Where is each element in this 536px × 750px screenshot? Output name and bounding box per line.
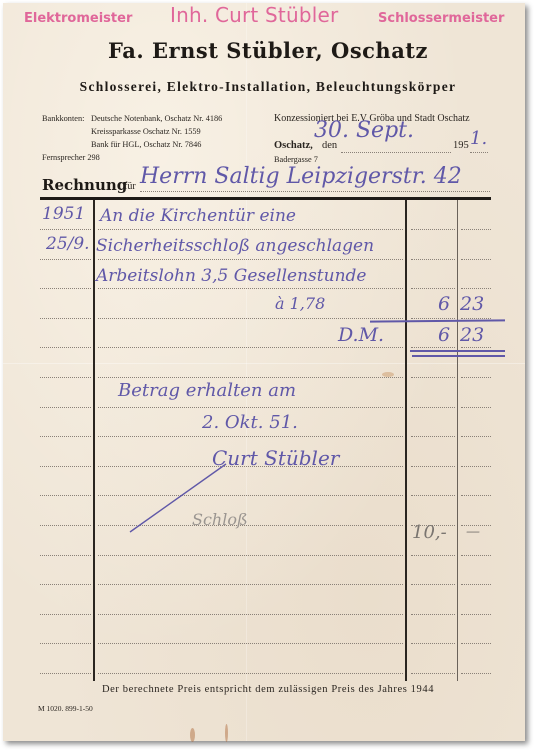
pencil-dash: — (466, 524, 480, 540)
ruled-row-line (98, 377, 403, 378)
entry-year: 1951 (42, 204, 85, 224)
ruled-row-line (98, 584, 403, 585)
bank-line-1: Deutsche Notenbank, Oschatz Nr. 4186 (91, 114, 222, 123)
handwritten-date: 30. Sept. (314, 118, 414, 143)
ruled-row-line (98, 555, 403, 556)
for-label: für (124, 181, 136, 192)
line-amount-pf: 23 (460, 293, 484, 315)
ruled-row-line (461, 495, 491, 496)
total-currency: D.M. (338, 324, 384, 346)
rust-stain (190, 728, 195, 742)
ruled-row-line (98, 407, 403, 408)
fold-crease-vertical (246, 3, 247, 741)
ruled-row-line (461, 614, 491, 615)
total-underline-1 (410, 350, 505, 352)
street-address: Badergasse 7 (274, 155, 318, 164)
ruled-row-line (98, 318, 403, 319)
price-note: Der berechnete Preis entspricht dem zulä… (0, 684, 536, 695)
ruled-row-line (411, 318, 455, 319)
amount-column-divider (405, 200, 407, 681)
handwritten-year: 1. (470, 128, 487, 149)
line-amount-marks: 6 (438, 293, 450, 315)
ruled-row-line (98, 643, 403, 644)
ruled-row-line (411, 614, 455, 615)
ruled-row-line (461, 643, 491, 644)
ruled-row-line (40, 584, 91, 585)
ruled-row-line (40, 407, 91, 408)
stamp-schlossermeister: Schlossermeister (378, 11, 504, 26)
bank-label: Bankkonten: (42, 114, 84, 123)
ruled-row-line (461, 288, 491, 289)
receipt-line-1: Betrag erhalten am (118, 380, 296, 401)
ruled-row-line (98, 614, 403, 615)
description-line-4: à 1,78 (275, 294, 325, 313)
ruled-row-line (461, 555, 491, 556)
receipt-line-2: 2. Okt. 51. (202, 412, 298, 433)
ruled-row-line (98, 673, 403, 674)
ruled-row-line (461, 377, 491, 378)
cents-column-divider (457, 200, 458, 681)
ruled-row-line (40, 555, 91, 556)
city-label: Oschatz, (274, 140, 313, 151)
ruled-row-line (98, 436, 403, 437)
ruled-row-line (461, 259, 491, 260)
ruled-row-line (40, 288, 91, 289)
pencil-amount: 10,- (412, 522, 447, 543)
bank-line-2: Kreissparkasse Oschatz Nr. 1559 (91, 127, 201, 136)
total-marks: 6 (438, 324, 450, 346)
signature: Curt Stübler (212, 446, 339, 470)
ruled-row-line (411, 259, 455, 260)
stamp-elektromeister: Elektromeister (24, 11, 132, 26)
ruled-row-line (40, 525, 91, 526)
entry-date: 25/9. (46, 234, 90, 254)
ruled-row-line (411, 229, 455, 230)
firm-name: Fa. Ernst Stübler, Oschatz (0, 38, 536, 63)
ruled-row-line (40, 229, 91, 230)
ruled-row-line (411, 555, 455, 556)
ruled-row-line (40, 318, 91, 319)
description-line-2: Sicherheitsschloß angeschlagen (96, 236, 374, 256)
stamp-owner: Inh. Curt Stübler (170, 3, 338, 27)
handwritten-recipient: Herrn Saltig Leipzigerstr. 42 (140, 164, 462, 189)
recipient-dotline (140, 191, 490, 192)
ruled-row-line (40, 466, 91, 467)
invoice-title: Rechnung (42, 176, 127, 194)
rust-stain (382, 372, 394, 377)
ruled-row-line (411, 643, 455, 644)
ruled-row-line (461, 466, 491, 467)
fold-crease-horizontal (3, 363, 525, 364)
ruled-row-line (461, 673, 491, 674)
total-underline-2 (412, 355, 505, 357)
total-pf: 23 (460, 324, 484, 346)
year-dotline (470, 152, 488, 153)
table-header-rule (40, 197, 491, 200)
ruled-row-line (411, 347, 455, 348)
ruled-row-line (40, 673, 91, 674)
ruled-row-line (411, 495, 455, 496)
ruled-row-line (98, 229, 403, 230)
pencil-note: Schloß (192, 510, 248, 529)
description-line-3: Arbeitslohn 3,5 Gesellenstunde (96, 266, 366, 286)
ruled-row-line (40, 495, 91, 496)
ruled-row-line (411, 377, 455, 378)
ruled-row-line (40, 614, 91, 615)
ruled-row-line (40, 643, 91, 644)
ruled-row-line (40, 347, 91, 348)
ruled-row-line (461, 347, 491, 348)
ruled-row-line (411, 466, 455, 467)
year-prefix: 195 (453, 140, 469, 151)
ruled-row-line (98, 347, 403, 348)
ruled-row-line (40, 377, 91, 378)
ruled-row-line (461, 407, 491, 408)
ruled-row-line (461, 436, 491, 437)
description-line-1: An die Kirchentür eine (100, 206, 296, 226)
ruled-row-line (411, 673, 455, 674)
ruled-row-line (411, 407, 455, 408)
rust-stain (225, 724, 228, 742)
ruled-row-line (40, 259, 91, 260)
ruled-row-line (411, 584, 455, 585)
ruled-row-line (411, 288, 455, 289)
ruled-row-line (461, 584, 491, 585)
date-column-divider (93, 200, 95, 681)
firm-trades: Schlosserei, Elektro-Installation, Beleu… (0, 79, 536, 95)
ruled-row-line (40, 436, 91, 437)
ruled-row-line (98, 259, 403, 260)
ruled-row-line (411, 436, 455, 437)
ruled-row-line (98, 288, 403, 289)
form-number: M 1020. 899-1-50 (38, 704, 93, 713)
phone-number: Fernsprecher 298 (42, 153, 100, 162)
date-dotline (341, 152, 451, 153)
bank-line-3: Bank für HGL, Oschatz Nr. 7846 (91, 140, 201, 149)
ruled-row-line (461, 229, 491, 230)
